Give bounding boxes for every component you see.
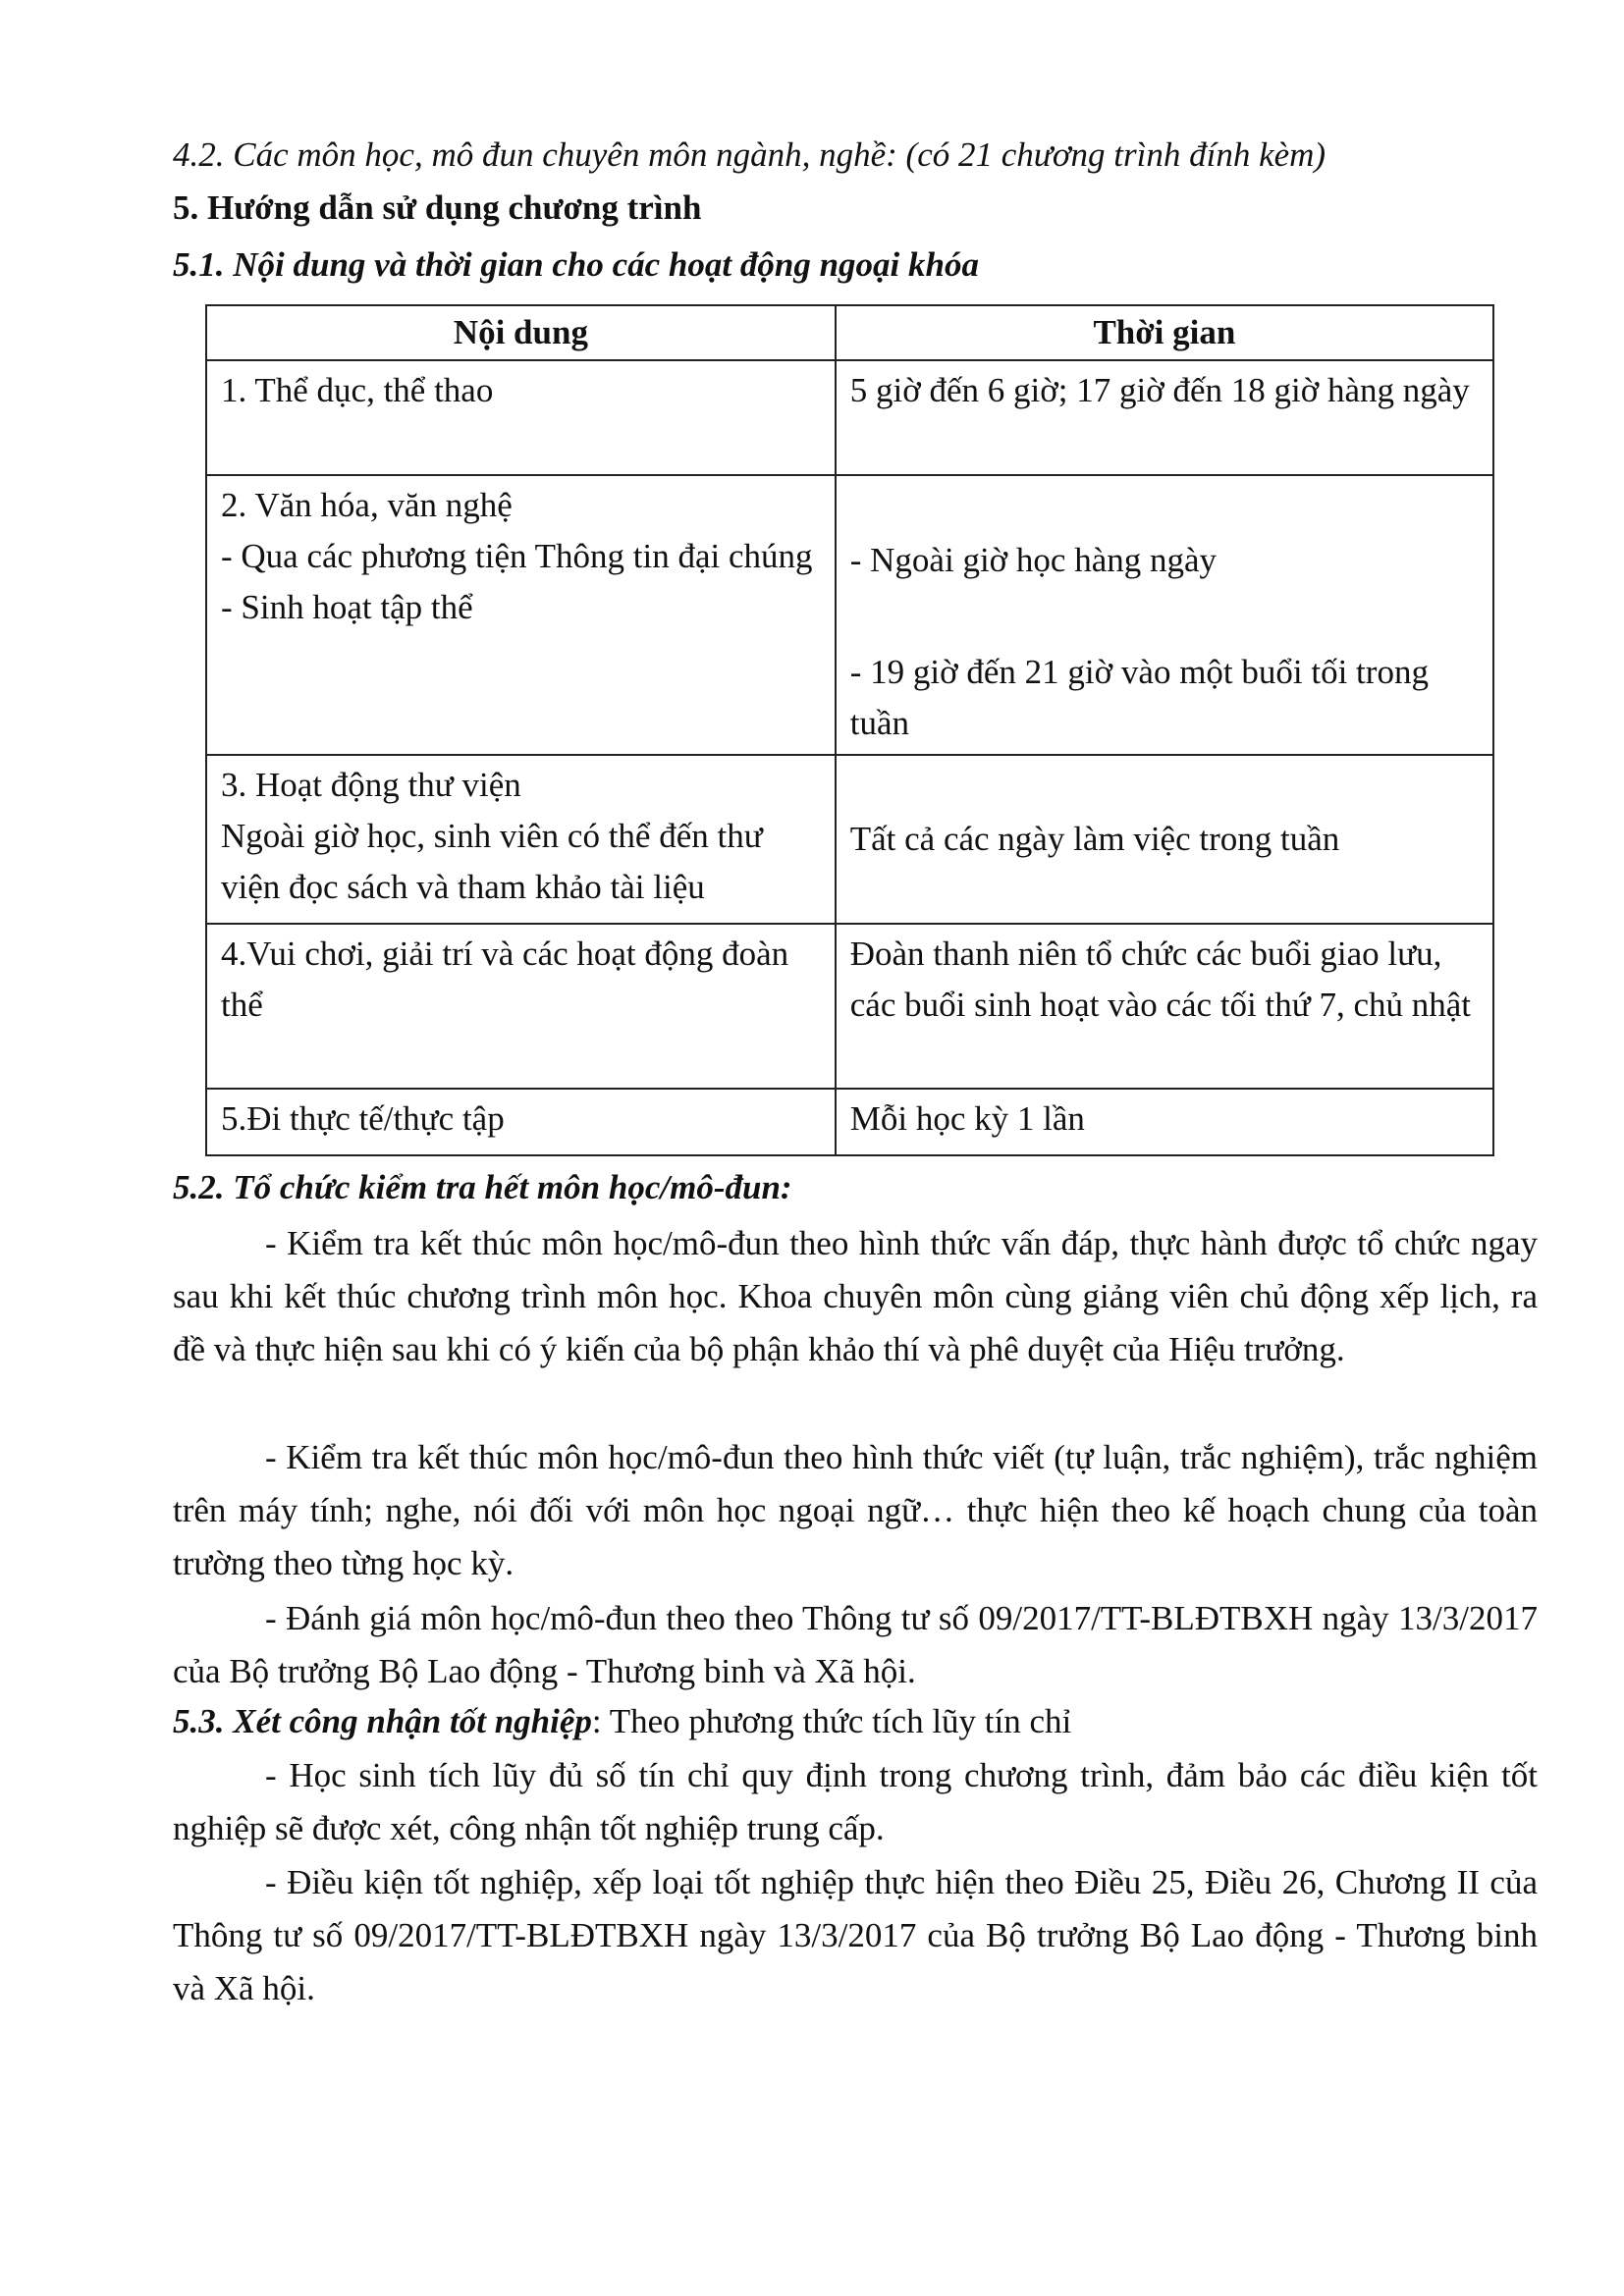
cell-time: 5 giờ đến 6 giờ; 17 giờ đến 18 giờ hàng … xyxy=(836,360,1493,475)
cell-text: - Ngoài giờ học hàng ngày xyxy=(850,535,1479,586)
cell-text: - Qua các phương tiện Thông tin đại chún… xyxy=(221,531,821,582)
cell-text: Ngoài giờ học, sinh viên có thể đến thư … xyxy=(221,811,821,913)
cell-text: 2. Văn hóa, văn nghệ xyxy=(221,480,821,531)
table-header-row: Nội dung Thời gian xyxy=(206,305,1493,360)
table-row: 5.Đi thực tế/thực tập Mỗi học kỳ 1 lần xyxy=(206,1089,1493,1155)
section-5-2-heading: 5.2. Tổ chức kiểm tra hết môn học/mô-đun… xyxy=(173,1168,792,1207)
header-time: Thời gian xyxy=(836,305,1493,360)
paragraph: - Điều kiện tốt nghiệp, xếp loại tốt ngh… xyxy=(173,1856,1538,2015)
cell-time: - Ngoài giờ học hàng ngày - 19 giờ đến 2… xyxy=(836,475,1493,755)
cell-content: 2. Văn hóa, văn nghệ - Qua các phương ti… xyxy=(206,475,836,755)
table-row: 2. Văn hóa, văn nghệ - Qua các phương ti… xyxy=(206,475,1493,755)
spacer xyxy=(850,586,1479,647)
table-row: 1. Thể dục, thể thao 5 giờ đến 6 giờ; 17… xyxy=(206,360,1493,475)
cell-time: Đoàn thanh niên tổ chức các buổi giao lư… xyxy=(836,924,1493,1089)
cell-time: Mỗi học kỳ 1 lần xyxy=(836,1089,1493,1155)
paragraph: - Học sinh tích lũy đủ số tín chỉ quy đị… xyxy=(173,1749,1538,1855)
section-5-1-heading: 5.1. Nội dung và thời gian cho các hoạt … xyxy=(173,245,979,285)
extracurricular-table: Nội dung Thời gian 1. Thể dục, thể thao … xyxy=(205,304,1494,1156)
cell-text: 3. Hoạt động thư viện xyxy=(221,760,821,811)
section-5-heading: 5. Hướng dẫn sử dụng chương trình xyxy=(173,188,701,228)
table-row: 4.Vui chơi, giải trí và các hoạt động đo… xyxy=(206,924,1493,1089)
spacer xyxy=(850,480,1479,535)
section-5-3-heading: 5.3. Xét công nhận tốt nghiệp: Theo phươ… xyxy=(173,1702,1071,1741)
cell-text: 5.Đi thực tế/thực tập xyxy=(221,1094,821,1145)
cell-text: Tất cả các ngày làm việc trong tuần xyxy=(850,814,1479,865)
paragraph: - Đánh giá môn học/mô-đun theo theo Thôn… xyxy=(173,1592,1538,1698)
cell-text: Mỗi học kỳ 1 lần xyxy=(850,1094,1479,1145)
cell-text: 4.Vui chơi, giải trí và các hoạt động đo… xyxy=(221,929,821,1031)
cell-content: 5.Đi thực tế/thực tập xyxy=(206,1089,836,1155)
cell-text: 5 giờ đến 6 giờ; 17 giờ đến 18 giờ hàng … xyxy=(850,365,1479,416)
table-row: 3. Hoạt động thư viện Ngoài giờ học, sin… xyxy=(206,755,1493,924)
paragraph: - Kiểm tra kết thúc môn học/mô-đun theo … xyxy=(173,1217,1538,1376)
cell-text: Đoàn thanh niên tổ chức các buổi giao lư… xyxy=(850,929,1479,1031)
section-5-3-title: 5.3. Xét công nhận tốt nghiệp xyxy=(173,1702,592,1740)
cell-content: 1. Thể dục, thể thao xyxy=(206,360,836,475)
cell-content: 4.Vui chơi, giải trí và các hoạt động đo… xyxy=(206,924,836,1089)
section-5-3-suffix: : Theo phương thức tích lũy tín chỉ xyxy=(592,1702,1071,1740)
cell-text: - Sinh hoạt tập thể xyxy=(221,582,821,633)
cell-text: 1. Thể dục, thể thao xyxy=(221,365,821,416)
section-4-2-heading: 4.2. Các môn học, mô đun chuyên môn ngàn… xyxy=(173,135,1326,175)
cell-text: - 19 giờ đến 21 giờ vào một buổi tối tro… xyxy=(850,647,1479,749)
cell-time: Tất cả các ngày làm việc trong tuần xyxy=(836,755,1493,924)
header-content: Nội dung xyxy=(206,305,836,360)
cell-content: 3. Hoạt động thư viện Ngoài giờ học, sin… xyxy=(206,755,836,924)
paragraph: - Kiểm tra kết thúc môn học/mô-đun theo … xyxy=(173,1431,1538,1590)
